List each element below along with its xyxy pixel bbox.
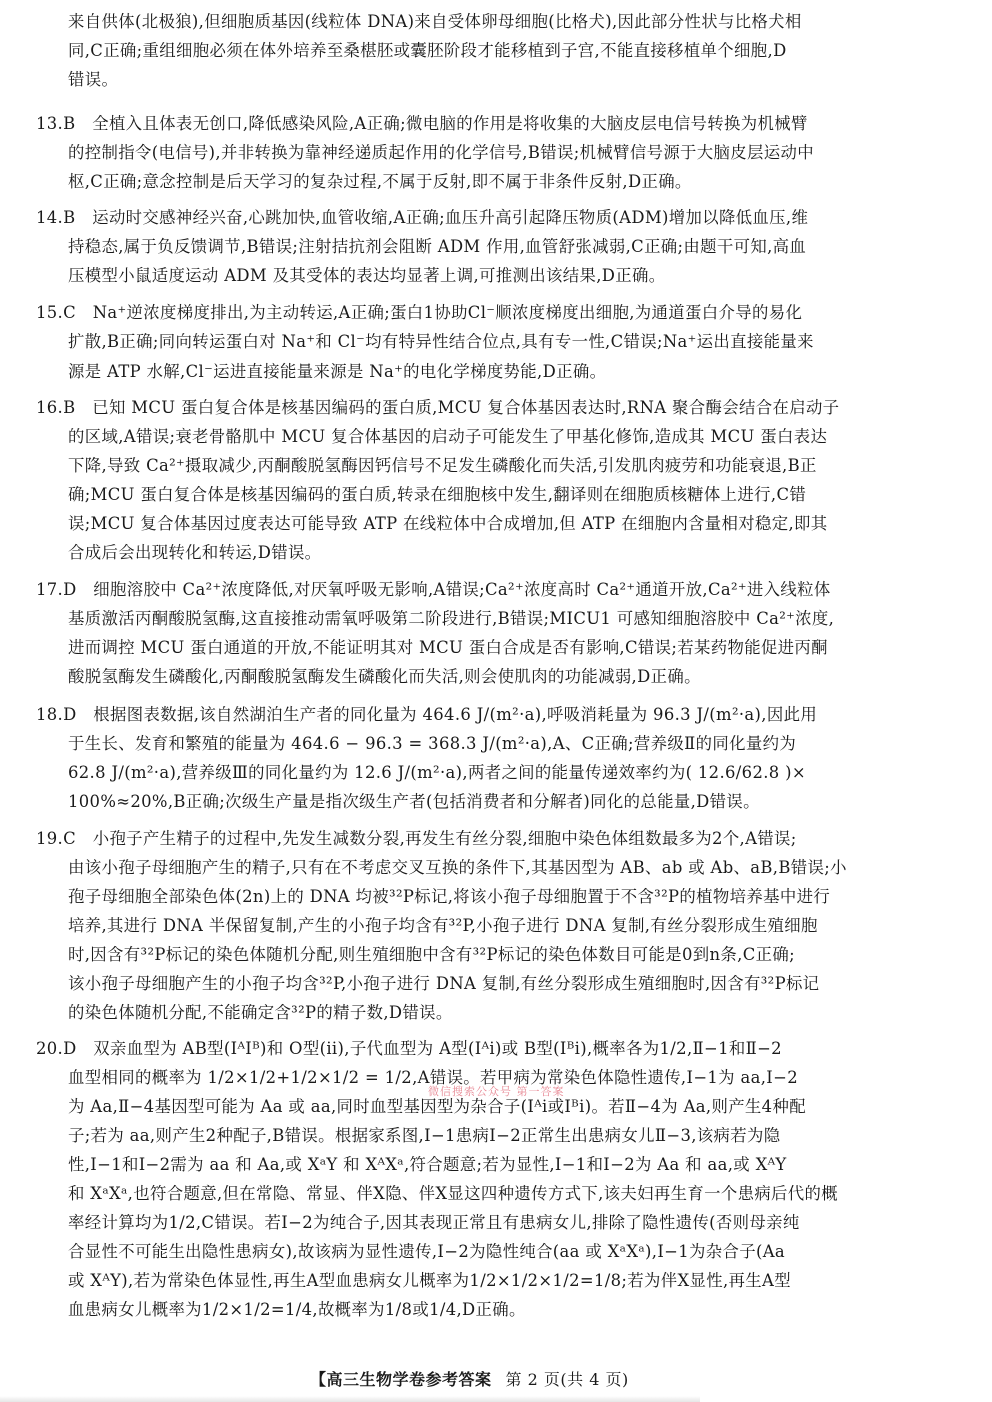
text-line: 时,因含有³²P标记的染色体随机分配,则生殖细胞中含有³²P标记的染色体数目可能… — [68, 945, 795, 965]
text-line: 运动时交感神经兴奋,心跳加快,血管收缩,A正确;血压升高引起降压物质(ADM)增… — [92, 208, 808, 227]
text-line: 为 Aa,Ⅱ−4基因型可能为 Aa 或 aa,同时血型基因型为杂合子(Iᴬi或I… — [68, 1097, 806, 1117]
answer-number: 17.D — [36, 580, 77, 599]
text-line: 已知 MCU 蛋白复合体是核基因编码的蛋白质,MCU 复合体基因表达时,RNA … — [92, 398, 839, 417]
text-line: 率经计算均为1/2,C错误。若Ⅰ−2为纯合子,因其表现正常且有患病女儿,排除了隐… — [68, 1213, 800, 1233]
text-line: 的控制指令(电信号),并非转换为靠神经递质起作用的化学信号,B错误;机械臂信号源… — [68, 143, 814, 163]
text-line: 合显性不可能生出隐性患病女),故该病为显性遗传,Ⅰ−2为隐性纯合(aa 或 Xᵃ… — [68, 1242, 785, 1262]
text-line: 或 XᴬY),若为常染色体显性,再生A型血患病女儿概率为1/2×1/2×1/2=… — [68, 1271, 791, 1291]
text-line: 压模型小鼠适度运动 ADM 及其受体的表达均显著上调,可推测出该结果,D正确。 — [68, 266, 666, 286]
text-line: 小孢子产生精子的过程中,先发生减数分裂,再发生有丝分裂,细胞中染色体组数最多为2… — [93, 829, 797, 848]
text-line: 性,Ⅰ−1和Ⅰ−2需为 aa 和 Aa,或 XᵃY 和 XᴬXᵃ,符合题意;若为… — [68, 1155, 787, 1175]
text-line: 的染色体随机分配,不能确定含³²P的精子数,D错误。 — [68, 1003, 453, 1023]
answer-number: 13.B — [36, 114, 76, 133]
text-line: 全植入且体表无创口,降低感染风险,A正确;微电脑的作用是将收集的大脑皮层电信号转… — [92, 114, 808, 133]
answer-number: 14.B — [36, 208, 76, 227]
text-line: 细胞溶胶中 Ca²⁺浓度降低,对厌氧呼吸无影响,A错误;Ca²⁺浓度高时 Ca²… — [93, 580, 830, 599]
text-line: 枢,C正确;意念控制是后天学习的复杂过程,不属于反射,即不属于非条件反射,D正确… — [68, 172, 692, 192]
text-line: Na⁺逆浓度梯度排出,为主动转运,A正确;蛋白1协助Cl⁻顺浓度梯度出细胞,为通… — [93, 303, 802, 322]
text-line: 同,C正确;重组细胞必须在体外培养至桑椹胚或囊胚阶段才能移植到子宫,不能直接移植… — [68, 41, 787, 61]
watermark: 微信搜索公众号 第一答案 — [428, 1083, 565, 1099]
text-line: 持稳态,属于负反馈调节,B错误;注射拮抗剂会阻断 ADM 作用,血管舒张减弱,C… — [68, 237, 806, 257]
text-line: 62.8 J/(m²·a),营养级Ⅲ的同化量约为 12.6 J/(m²·a),两… — [68, 763, 806, 783]
answer-number: 19.C — [36, 829, 76, 848]
page-number: 第 2 页(共 4 页) — [506, 1370, 629, 1389]
text-line: 血患病女儿概率为1/2×1/2=1/4,故概率为1/8或1/4,D正确。 — [68, 1300, 526, 1320]
text-line: 的区域,A错误;衰老骨骼肌中 MCU 复合体基因的启动子可能发生了甲基化修饰,造… — [68, 427, 827, 447]
text-line: 扩散,B正确;同向转运蛋白对 Na⁺和 Cl⁻均有特异性结合位点,具有专一性,C… — [68, 332, 814, 352]
text-line: 源是 ATP 水解,Cl⁻运进直接能量来源是 Na⁺的电化学梯度势能,D正确。 — [68, 362, 606, 382]
answer-number: 20.D — [36, 1039, 77, 1058]
scan-edge — [0, 1396, 700, 1402]
text-line: 该小孢子母细胞产生的小孢子均含³²P,小孢子进行 DNA 复制,有丝分裂形成生殖… — [68, 974, 819, 994]
text-line: 孢子母细胞全部染色体(2n)上的 DNA 均被³²P标记,将该小孢子母细胞置于不… — [68, 887, 830, 907]
text-line: 和 XᵃXᵃ,也符合题意,但在常隐、常显、伴X隐、伴X显这四种遗传方式下,该夫妇… — [68, 1184, 838, 1204]
text-line: 确;MCU 蛋白复合体是核基因编码的蛋白质,转录在细胞核中发生,翻译则在细胞质核… — [68, 485, 806, 505]
text-line: 合成后会出现转化和转运,D错误。 — [68, 543, 321, 563]
text-line: 100%≈20%,B正确;次级生产量是指次级生产者(包括消费者和分解者)同化的总… — [68, 792, 760, 812]
text-line: 误;MCU 复合体基因过度表达可能导致 ATP 在线粒体中合成增加,但 ATP … — [68, 514, 828, 534]
text-line: 酸脱氢酶发生磷酸化,丙酮酸脱氢酶发生磷酸化而失活,则会使肌肉的功能减弱,D正确。 — [68, 667, 701, 687]
answer-number: 16.B — [36, 398, 76, 417]
footer-title: 【高三生物学卷参考答案 — [310, 1370, 492, 1389]
text-line: 双亲血型为 AB型(IᴬIᴮ)和 O型(ii),子代血型为 A型(Iᴬi)或 B… — [93, 1039, 782, 1058]
text-line: 下降,导致 Ca²⁺摄取减少,丙酮酸脱氢酶因钙信号不足发生磷酸化而失活,引发肌肉… — [68, 456, 817, 476]
answer-number: 15.C — [36, 303, 76, 322]
text-line: 进而调控 MCU 蛋白通道的开放,不能证明其对 MCU 蛋白合成是否有影响,C错… — [68, 638, 828, 658]
answer-number: 18.D — [36, 705, 77, 724]
answer-key-page: 来自供体(北极狼),但细胞质基因(线粒体 DNA)来自受体卵母细胞(比格犬),因… — [0, 0, 992, 1402]
text-line: 于生长、发育和繁殖的能量为 464.6 − 96.3 = 368.3 J/(m²… — [68, 734, 796, 754]
text-line: 来自供体(北极狼),但细胞质基因(线粒体 DNA)来自受体卵母细胞(比格犬),因… — [68, 12, 802, 32]
text-line: 基质激活丙酮酸脱氢酶,这直接推动需氧呼吸第二阶段进行,B错误;MICU1 可感知… — [68, 609, 834, 629]
text-line: 子;若为 aa,则产生2种配子,B错误。根据家系图,Ⅰ−1患病Ⅰ−2正常生出患病… — [68, 1126, 781, 1146]
text-line: 培养,其进行 DNA 半保留复制,产生的小孢子均含有³²P,小孢子进行 DNA … — [68, 916, 818, 936]
text-line: 根据图表数据,该自然湖泊生产者的同化量为 464.6 J/(m²·a),呼吸消耗… — [93, 705, 817, 724]
page-footer: 【高三生物学卷参考答案第 2 页(共 4 页) — [310, 1367, 629, 1390]
text-line: 错误。 — [68, 70, 118, 90]
text-line: 由该小孢子母细胞产生的精子,只有在不考虑交叉互换的条件下,其基因型为 AB、ab… — [68, 858, 847, 878]
